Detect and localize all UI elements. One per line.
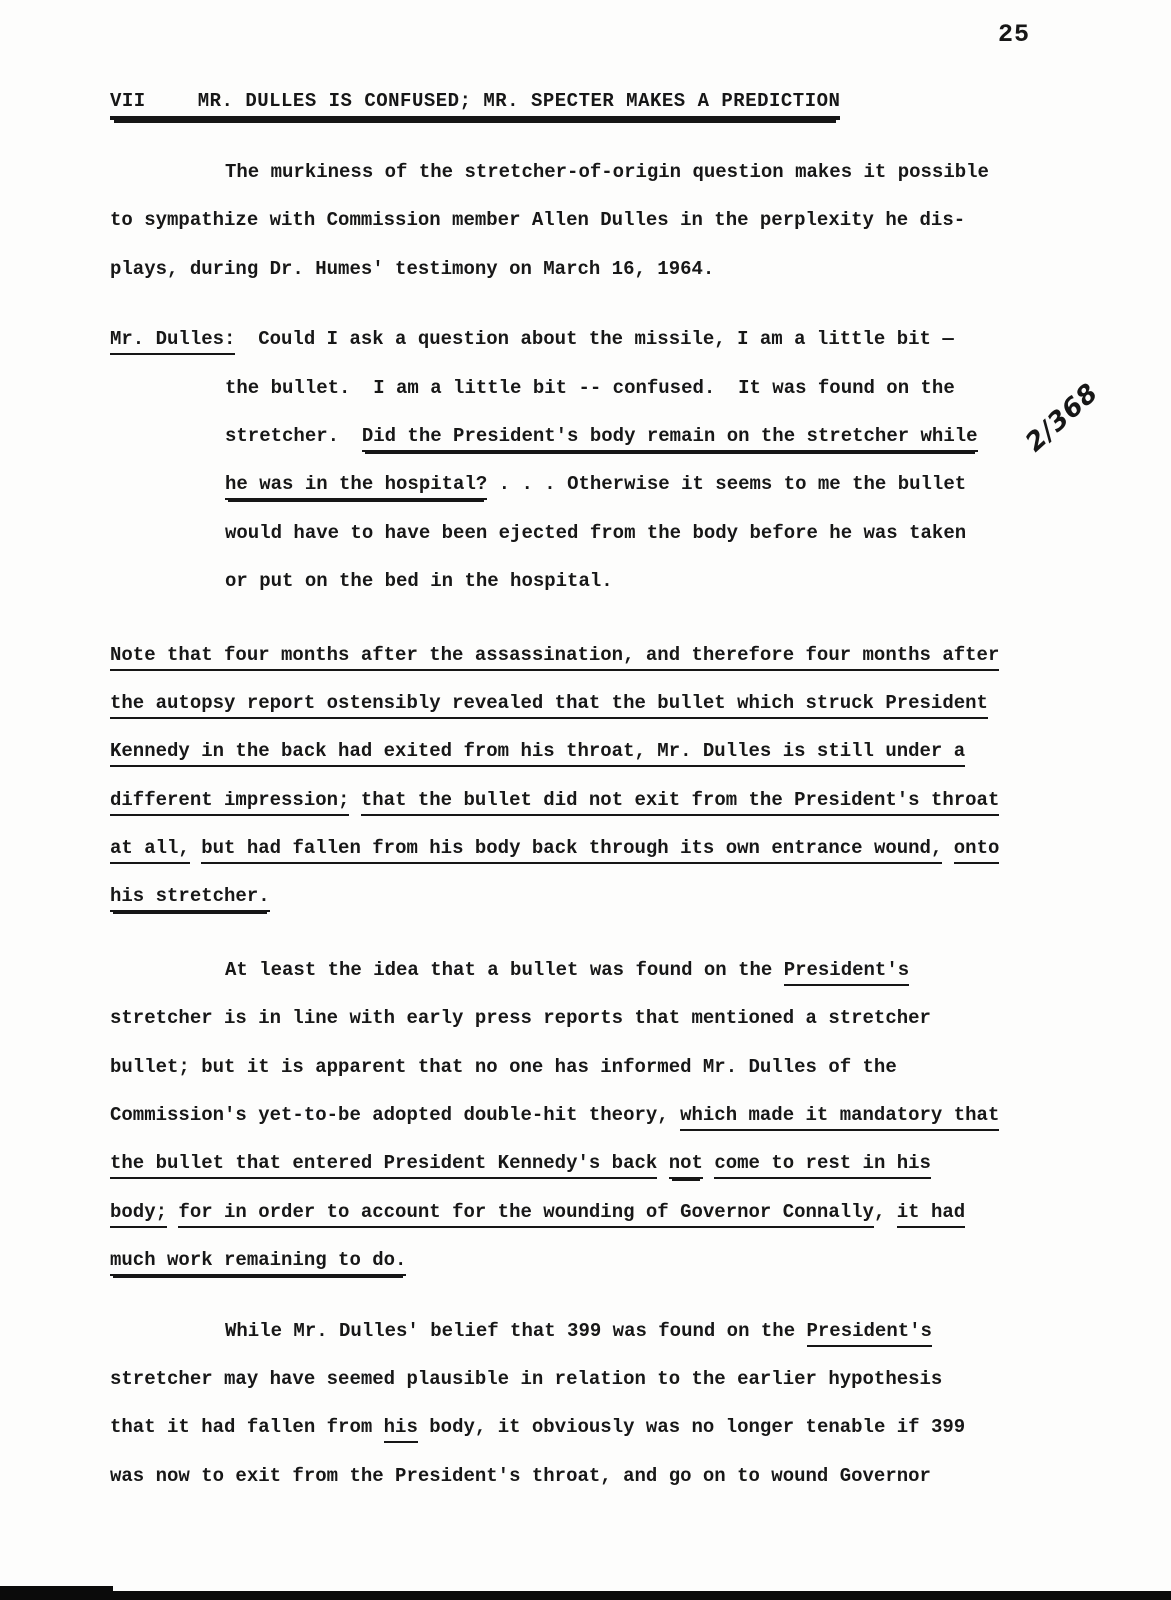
quote-attribution: Mr. Dulles:	[110, 328, 235, 355]
text-segment: stretcher may have seemed plausible in r…	[110, 1368, 942, 1390]
text-line: stretcher. Did the President's body rema…	[110, 412, 1050, 460]
underlined-text: which made it mandatory that	[680, 1104, 999, 1131]
text-segment: or put on the bed in the hospital.	[225, 570, 613, 592]
text-segment	[167, 1201, 178, 1223]
underlined-text: come to rest in his	[714, 1152, 931, 1179]
text-segment: stretcher is in line with early press re…	[110, 1007, 931, 1029]
text-line: Commission's yet-to-be adopted double-hi…	[110, 1091, 1050, 1139]
text-segment: bullet; but it is apparent that no one h…	[110, 1056, 897, 1078]
text-line: stretcher may have seemed plausible in r…	[110, 1355, 1050, 1403]
text-line: to sympathize with Commission member All…	[110, 196, 1050, 244]
section-heading: VIIMR. DULLES IS CONFUSED; MR. SPECTER M…	[110, 90, 840, 120]
text-line: would have to have been ejected from the…	[110, 509, 1050, 557]
text-line: body; for in order to account for the wo…	[110, 1188, 1050, 1236]
text-line: At least the idea that a bullet was foun…	[110, 946, 1050, 994]
underlined-text: at all,	[110, 837, 190, 864]
text-segment: plays, during Dr. Humes' testimony on Ma…	[110, 258, 714, 280]
text-segment: was now to exit from the President's thr…	[110, 1465, 931, 1487]
blockquote-dulles-testimony: Mr. Dulles: Could I ask a question about…	[110, 315, 1050, 605]
text-segment: the bullet. I am a little bit -- confuse…	[225, 377, 955, 399]
paragraph-note-underlined: Note that four months after the assassin…	[110, 631, 1050, 921]
document-page: 25 VIIMR. DULLES IS CONFUSED; MR. SPECTE…	[0, 0, 1171, 1600]
underlined-text: his	[384, 1416, 418, 1443]
page-number: 25	[998, 20, 1030, 49]
text-line: the bullet that entered President Kenned…	[110, 1139, 1050, 1187]
text-segment: . . . Otherwise it seems to me the bulle…	[487, 473, 966, 495]
underlined-text: Kennedy in the back had exited from his …	[110, 740, 965, 767]
text-segment: Could I ask a question about the missile…	[235, 328, 953, 350]
underlined-text: for in order to account for the wounding…	[178, 1201, 874, 1228]
text-segment	[657, 1152, 668, 1174]
text-segment: While Mr. Dulles' belief that 399 was fo…	[225, 1320, 807, 1342]
underlined-text: his stretcher.	[110, 885, 270, 912]
text-segment: Commission's yet-to-be adopted double-hi…	[110, 1104, 680, 1126]
text-segment	[703, 1152, 714, 1174]
text-line: Kennedy in the back had exited from his …	[110, 727, 1050, 775]
text-line: stretcher is in line with early press re…	[110, 994, 1050, 1042]
text-line: different impression; that the bullet di…	[110, 776, 1050, 824]
text-segment: stretcher.	[225, 425, 362, 447]
paragraph-stretcher-bullet: At least the idea that a bullet was foun…	[110, 946, 1050, 1285]
heading-title: MR. DULLES IS CONFUSED; MR. SPECTER MAKE…	[198, 90, 841, 112]
underlined-text: different impression;	[110, 789, 349, 816]
text-line: that it had fallen from his body, it obv…	[110, 1403, 1050, 1451]
underlined-text: the autopsy report ostensibly revealed t…	[110, 692, 988, 719]
underlined-text: Did the President's body remain on the s…	[362, 425, 978, 452]
text-segment: ,	[874, 1201, 897, 1223]
text-segment	[942, 837, 953, 859]
document-content: VIIMR. DULLES IS CONFUSED; MR. SPECTER M…	[110, 90, 1050, 1522]
underlined-text: body;	[110, 1201, 167, 1228]
underlined-text: Note that four months after the assassin…	[110, 644, 999, 671]
text-line: While Mr. Dulles' belief that 399 was fo…	[110, 1307, 1050, 1355]
underlined-text: he was in the hospital?	[225, 473, 487, 500]
text-segment: that it had fallen from	[110, 1416, 384, 1438]
underlined-text: that the bullet did not exit from the Pr…	[361, 789, 1000, 816]
text-line: he was in the hospital? . . . Otherwise …	[110, 460, 1050, 508]
underlined-text: President's	[784, 959, 909, 986]
underlined-text: onto	[954, 837, 1000, 864]
scan-artifact-bar-left	[0, 1586, 113, 1600]
text-line: the autopsy report ostensibly revealed t…	[110, 679, 1050, 727]
heading-numeral: VII	[110, 90, 146, 112]
text-segment: to sympathize with Commission member All…	[110, 209, 965, 231]
paragraph-belief-399: While Mr. Dulles' belief that 399 was fo…	[110, 1307, 1050, 1501]
text-segment: body, it obviously was no longer tenable…	[418, 1416, 965, 1438]
text-segment	[349, 789, 360, 811]
text-line: much work remaining to do.	[110, 1236, 1050, 1284]
underlined-text: but had fallen from his body back throug…	[201, 837, 942, 864]
text-line: Note that four months after the assassin…	[110, 631, 1050, 679]
text-line: plays, during Dr. Humes' testimony on Ma…	[110, 245, 1050, 293]
text-segment: The murkiness of the stretcher-of-origin…	[225, 161, 989, 183]
underlined-text: much work remaining to do.	[110, 1249, 406, 1276]
text-segment: At least the idea that a bullet was foun…	[225, 959, 784, 981]
double-underlined-text: not	[669, 1152, 703, 1179]
text-line: Mr. Dulles: Could I ask a question about…	[110, 315, 1050, 363]
scan-artifact-bar	[0, 1591, 1171, 1600]
underlined-text: the bullet that entered President Kenned…	[110, 1152, 657, 1179]
text-segment	[190, 837, 201, 859]
text-line: the bullet. I am a little bit -- confuse…	[110, 364, 1050, 412]
underlined-text: it had	[897, 1201, 965, 1228]
text-line: bullet; but it is apparent that no one h…	[110, 1043, 1050, 1091]
text-line: was now to exit from the President's thr…	[110, 1452, 1050, 1500]
underlined-text: President's	[807, 1320, 932, 1347]
text-line: at all, but had fallen from his body bac…	[110, 824, 1050, 872]
text-line: his stretcher.	[110, 872, 1050, 920]
paragraph-intro: The murkiness of the stretcher-of-origin…	[110, 148, 1050, 293]
text-segment: would have to have been ejected from the…	[225, 522, 966, 544]
text-line: or put on the bed in the hospital.	[110, 557, 1050, 605]
text-line: The murkiness of the stretcher-of-origin…	[110, 148, 1050, 196]
